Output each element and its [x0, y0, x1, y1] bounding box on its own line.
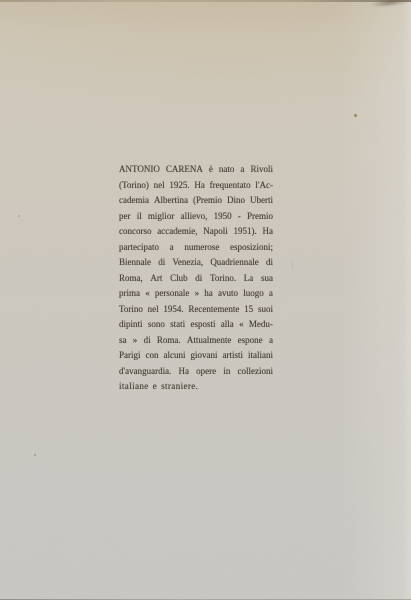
- word: straniere.: [161, 379, 198, 395]
- word: 15: [244, 302, 253, 318]
- biography-text: ANTONIOCARENAènatoaRivoli(Torino)nel1925…: [119, 162, 273, 395]
- word: -: [238, 209, 241, 225]
- word: alla: [221, 317, 234, 333]
- word: Premio: [247, 209, 273, 225]
- word: 1950: [214, 209, 232, 225]
- word: alcuni: [164, 348, 186, 364]
- word: di: [195, 271, 202, 287]
- text-line: Roma,ArtClubdiTorino.Lasua: [119, 271, 273, 287]
- text-line: ANTONIOCARENAènatoaRivoli: [119, 162, 273, 178]
- text-line: sa»diRoma.Attualmenteesponea: [119, 333, 273, 349]
- word: dipinti: [119, 317, 143, 333]
- word: esposizioni;: [230, 240, 273, 256]
- word: Parigi: [119, 348, 141, 364]
- word: nel: [148, 302, 159, 318]
- word: personale: [155, 286, 189, 302]
- word: Venezia,: [172, 255, 203, 271]
- page-top-edge-shadow: [0, 0, 411, 2]
- paper-speck: [34, 454, 36, 456]
- word: per: [119, 209, 131, 225]
- text-line: dipintisonostatiespostialla«Medu-: [119, 317, 273, 333]
- word: Medu-: [249, 317, 273, 333]
- word: di: [266, 255, 273, 271]
- word: miglior: [148, 209, 175, 225]
- word: opere: [196, 364, 216, 380]
- word: Uberti: [250, 193, 273, 209]
- word: italiani: [248, 348, 273, 364]
- word: Ha: [262, 224, 273, 240]
- word: Roma.: [157, 333, 181, 349]
- text-line: BiennalediVenezia,Quadriennaledi: [119, 255, 273, 271]
- word: Napoli: [203, 224, 228, 240]
- word: partecipato: [119, 240, 159, 256]
- word: ANTONIO: [119, 162, 160, 178]
- text-line: perilmigliorallievo,1950-Premio: [119, 209, 273, 225]
- word: Club: [170, 271, 188, 287]
- word: Rivoli: [250, 162, 273, 178]
- paper-edge-highlight: [341, 0, 411, 600]
- word: Roma,: [119, 271, 143, 287]
- word: artisti: [223, 348, 244, 364]
- word: prima: [119, 286, 140, 302]
- word: accademie,: [157, 224, 197, 240]
- word: 1954.: [163, 302, 183, 318]
- word: avuto: [218, 286, 238, 302]
- word: in: [223, 364, 230, 380]
- word: di: [158, 255, 165, 271]
- paper-warm-tone: [0, 0, 411, 150]
- word: Torino: [119, 302, 143, 318]
- word: cademia: [119, 193, 149, 209]
- word: nato: [219, 162, 235, 178]
- word: »: [195, 286, 200, 302]
- text-line: Parigiconalcunigiovaniartistiitaliani: [119, 348, 273, 364]
- word: e: [153, 379, 157, 395]
- word: ha: [204, 286, 213, 302]
- text-line: Torinonel1954.Recentemente15suoi: [119, 302, 273, 318]
- word: a: [269, 333, 273, 349]
- word: il: [137, 209, 142, 225]
- word: concorso: [119, 224, 152, 240]
- text-line: (Torino)nel1925.Hafrequentatol'Ac-: [119, 178, 273, 194]
- word: sono: [148, 317, 165, 333]
- text-line: concorsoaccademie,Napoli1951).Ha: [119, 224, 273, 240]
- word: allievo,: [181, 209, 208, 225]
- word: Ha: [179, 364, 190, 380]
- word: italiane: [119, 379, 149, 395]
- word: luogo: [243, 286, 264, 302]
- word: giovani: [191, 348, 218, 364]
- word: Albertina: [154, 193, 188, 209]
- word: Ha: [194, 178, 205, 194]
- word: (Torino): [119, 178, 149, 194]
- word: a: [240, 162, 244, 178]
- word: d'avanguardia.: [119, 364, 171, 380]
- word: frequentato: [210, 178, 251, 194]
- paper-speck: [292, 261, 293, 269]
- word: espone: [238, 333, 263, 349]
- scanned-book-page: ANTONIOCARENAènatoaRivoli(Torino)nel1925…: [0, 0, 411, 600]
- word: «: [145, 286, 150, 302]
- word: a: [269, 286, 273, 302]
- text-line: partecipatoanumeroseesposizioni;: [119, 240, 273, 256]
- text-line: prima«personale»haavutoluogoa: [119, 286, 273, 302]
- word: CARENA: [166, 162, 203, 178]
- word: esposti: [190, 317, 215, 333]
- word: stati: [170, 317, 185, 333]
- word: con: [146, 348, 159, 364]
- word: Biennale: [119, 255, 151, 271]
- paper-speck: [18, 215, 20, 217]
- word: sua: [261, 271, 273, 287]
- text-line: cademiaAlbertina(PremioDinoUberti: [119, 193, 273, 209]
- word: di: [144, 333, 151, 349]
- word: Attualmente: [187, 333, 232, 349]
- word: Dino: [227, 193, 245, 209]
- text-line: italianeestraniere.: [119, 379, 273, 395]
- ink-smudge: [362, 0, 411, 11]
- word: a: [170, 240, 174, 256]
- word: nel: [154, 178, 165, 194]
- word: La: [244, 271, 254, 287]
- word: »: [133, 333, 138, 349]
- word: sa: [119, 333, 127, 349]
- word: Quadriennale: [210, 255, 258, 271]
- word: numerose: [184, 240, 219, 256]
- text-line: d'avanguardia.Haopereincollezioni: [119, 364, 273, 380]
- word: è: [209, 162, 213, 178]
- word: (Premio: [193, 193, 222, 209]
- word: suoi: [258, 302, 273, 318]
- word: collezioni: [238, 364, 274, 380]
- word: Art: [150, 271, 162, 287]
- word: 1925.: [169, 178, 189, 194]
- word: Torino.: [210, 271, 236, 287]
- word: l'Ac-: [255, 178, 273, 194]
- word: «: [239, 317, 244, 333]
- word: 1951).: [233, 224, 256, 240]
- paper-speck: [354, 114, 357, 117]
- word: Recentemente: [188, 302, 239, 318]
